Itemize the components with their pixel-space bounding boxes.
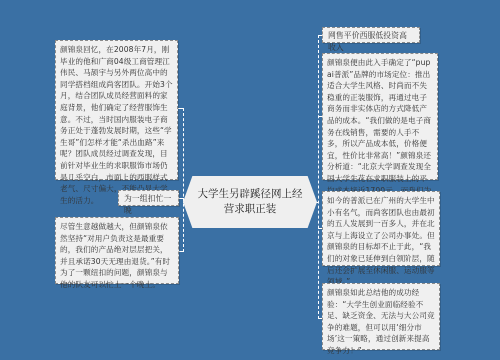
topic-text: 颜锦泉回忆，在2008年7月，刚毕业的他和广商04级工商管理江伟民、马颉宇与另外… — [60, 45, 173, 205]
topic-node-left-2[interactable]: 为一组扣忙一晚 — [118, 190, 179, 206]
left-connector-spine — [183, 108, 184, 252]
topic-node-left-1[interactable]: 颜锦泉回忆，在2008年7月，刚毕业的他和广商04级工商管理江伟民、马颉宇与另外… — [55, 40, 178, 180]
topic-text: 网售平价西服低投资高收入 — [328, 31, 407, 52]
topic-node-right-2[interactable]: 颜锦泉便由此入手确定了“pupai普派”品牌的市场定位：推出适合大学生风格、时尚… — [322, 53, 438, 180]
left-connector-1 — [178, 108, 184, 109]
topic-text: 为一组扣忙一晚 — [124, 194, 171, 215]
topic-text: 如今的普派已在广州的大学生中小有名气，而尚客团队也由最初的五人发展到一百多人，并… — [327, 196, 435, 286]
topic-node-right-4[interactable]: 颜锦泉如此总结他的成功经验：“大学生创业面临经验不足、缺乏资金、无法与大公司竞争… — [322, 283, 440, 350]
topic-text: 尽管生意越做越大，但颜锦泉依然坚持“对用户负责这是最重要的，我们的产品绝对层层把… — [60, 222, 170, 289]
central-topic-node[interactable]: 大学生另辟蹊径网上经营求职正装 — [183, 176, 317, 228]
central-topic-text: 大学生另辟蹊径网上经营求职正装 — [193, 187, 307, 217]
topic-node-left-3[interactable]: 尽管生意越做越大，但颜锦泉依然坚持“对用户负责这是最重要的，我们的产品绝对层层把… — [55, 217, 179, 284]
mind-map-canvas: 大学生另辟蹊径网上经营求职正装 颜锦泉回忆，在2008年7月，刚毕业的他和广商0… — [0, 0, 500, 360]
topic-node-right-3[interactable]: 如今的普派已在广州的大学生中小有名气，而尚客团队也由最初的五人发展到一百多人，并… — [322, 191, 440, 266]
topic-text: 颜锦泉如此总结他的成功经验：“大学生创业面临经验不足、缺乏资金、无法与大公司竞争… — [327, 288, 435, 355]
topic-node-right-1[interactable]: 网售平价西服低投资高收入 — [322, 27, 420, 43]
right-connector-spine — [318, 35, 319, 319]
